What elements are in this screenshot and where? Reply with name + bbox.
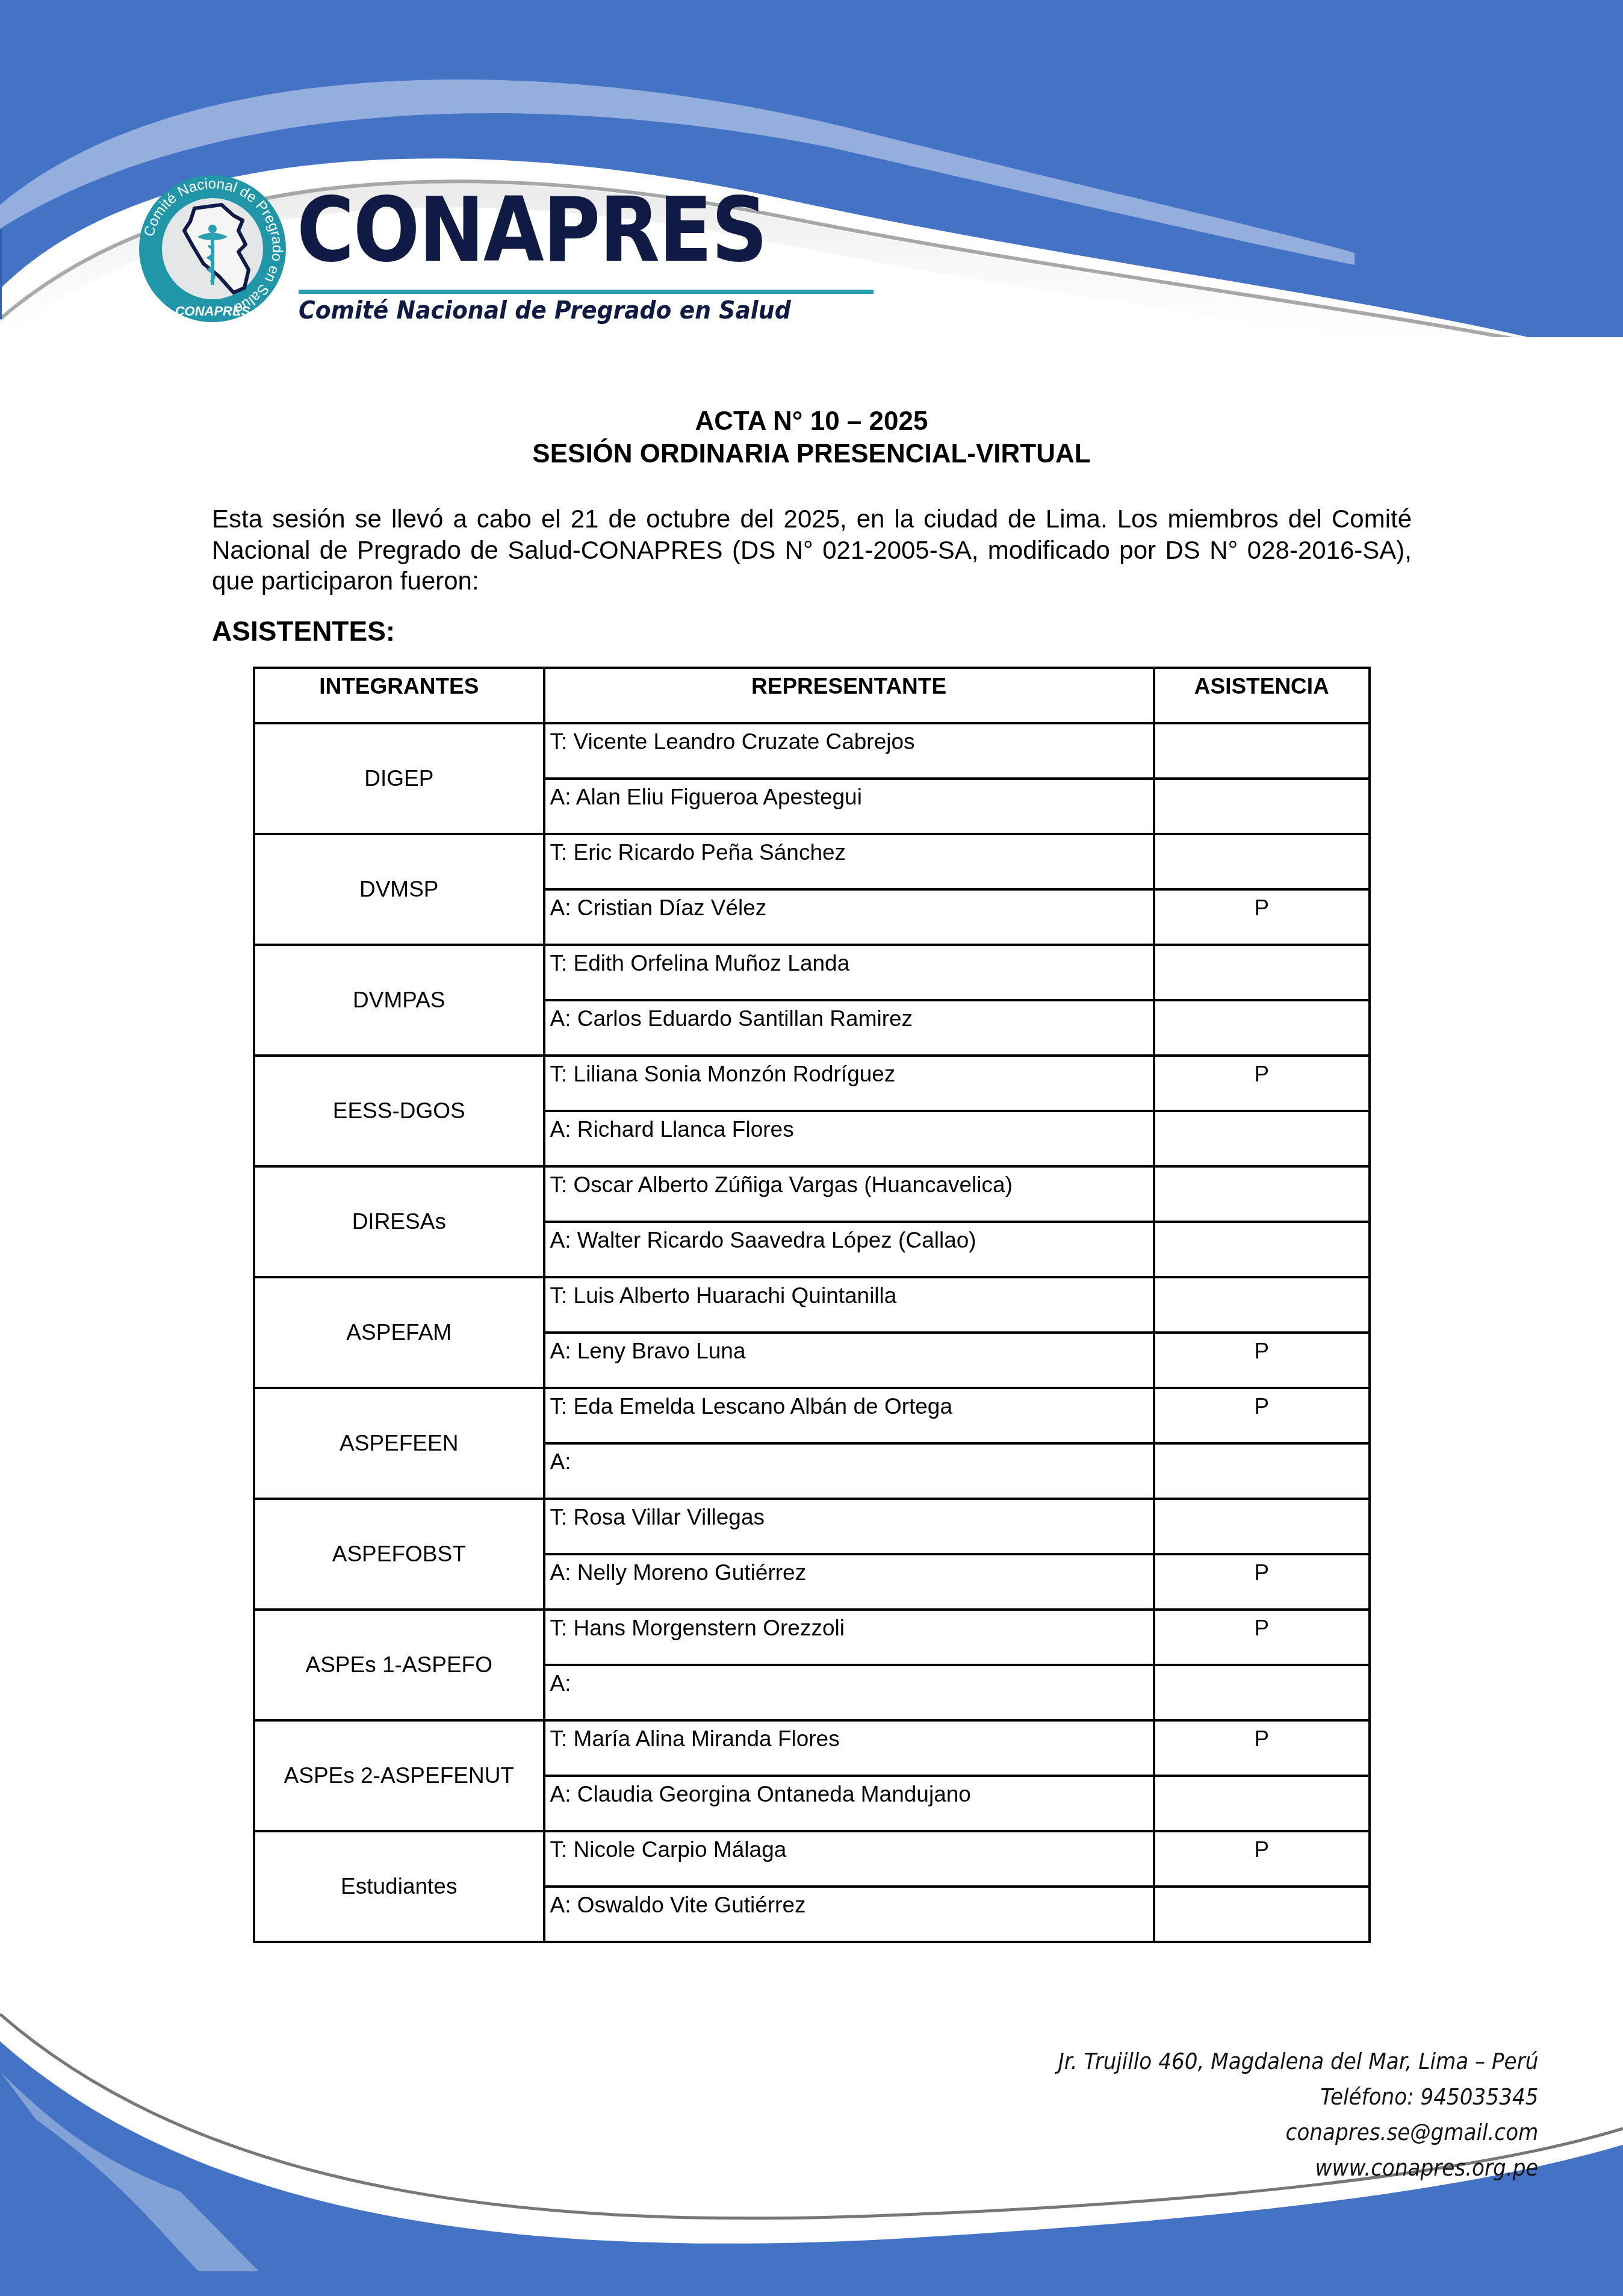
table-row: DIGEPT: Vicente Leandro Cruzate Cabrejos [254,723,1370,779]
representante-cell: T: Eda Emelda Lescano Albán de Ortega [544,1388,1154,1443]
header-representante: REPRESENTANTE [544,668,1154,723]
asistencia-cell [1154,1166,1370,1222]
integrante-cell: DVMSP [254,834,544,945]
document-title: ACTA N° 10 – 2025 [0,405,1623,438]
table-header-row: INTEGRANTES REPRESENTANTE ASISTENCIA [254,668,1370,723]
header-asistencia: ASISTENCIA [1154,668,1370,723]
integrante-cell: ASPEs 1-ASPEFO [254,1610,544,1720]
integrante-cell: EESS-DGOS [254,1056,544,1166]
intro-paragraph: Esta sesión se llevó a cabo el 21 de oct… [212,503,1412,597]
integrante-cell: ASPEs 2-ASPEFENUT [254,1720,544,1831]
asistencia-cell [1154,1499,1370,1554]
representante-cell: T: Nicole Carpio Málaga [544,1831,1154,1887]
representante-cell: A: [544,1443,1154,1499]
asistencia-cell: P [1154,1831,1370,1887]
table-row: EESS-DGOST: Liliana Sonia Monzón Rodrígu… [254,1056,1370,1111]
integrante-cell: Estudiantes [254,1831,544,1942]
representante-cell: A: Oswaldo Vite Gutiérrez [544,1887,1154,1942]
footer-contact: Jr. Trujillo 460, Magdalena del Mar, Lim… [1058,2044,1538,2186]
asistencia-cell: P [1154,889,1370,945]
representante-cell: A: [544,1665,1154,1720]
footer-email[interactable]: conapres.se@gmail.com [1058,2115,1538,2150]
representante-cell: A: Richard Llanca Flores [544,1111,1154,1166]
asistencia-cell [1154,1665,1370,1720]
brand-divider [299,290,874,294]
integrante-cell: DIRESAs [254,1166,544,1277]
asistencia-cell [1154,1277,1370,1333]
representante-cell: A: Claudia Georgina Ontaneda Mandujano [544,1776,1154,1831]
representante-cell: A: Leny Bravo Luna [544,1333,1154,1388]
asistencia-cell [1154,1000,1370,1056]
attendees-heading: ASISTENTES: [212,614,395,648]
representante-cell: T: Edith Orfelina Muñoz Landa [544,945,1154,1000]
asistencia-cell [1154,1887,1370,1942]
document-subtitle: SESIÓN ORDINARIA PRESENCIAL-VIRTUAL [0,438,1623,470]
asistencia-cell [1154,779,1370,834]
representante-cell: A: Nelly Moreno Gutiérrez [544,1554,1154,1610]
representante-cell: A: Walter Ricardo Saavedra López (Callao… [544,1222,1154,1277]
integrante-cell: DIGEP [254,723,544,834]
asistencia-cell: P [1154,1388,1370,1443]
representante-cell: A: Alan Eliu Figueroa Apestegui [544,779,1154,834]
brand-name: CONAPRES [297,185,767,275]
integrante-cell: ASPEFAM [254,1277,544,1388]
table-row: ASPEFEENT: Eda Emelda Lescano Albán de O… [254,1388,1370,1443]
footer-website[interactable]: www.conapres.org.pe [1058,2150,1538,2186]
asistencia-cell [1154,1222,1370,1277]
footer-address: Jr. Trujillo 460, Magdalena del Mar, Lim… [1058,2044,1538,2079]
table-row: DIRESAsT: Oscar Alberto Zúñiga Vargas (H… [254,1166,1370,1222]
attendance-table-body: DIGEPT: Vicente Leandro Cruzate Cabrejos… [254,723,1370,1942]
attendance-table: INTEGRANTES REPRESENTANTE ASISTENCIA DIG… [253,667,1371,1943]
representante-cell: T: Eric Ricardo Peña Sánchez [544,834,1154,889]
table-row: EstudiantesT: Nicole Carpio MálagaP [254,1831,1370,1887]
representante-cell: T: Oscar Alberto Zúñiga Vargas (Huancave… [544,1166,1154,1222]
conapres-logo: Comité Nacional de Pregrado en Salud CON… [137,173,751,324]
integrante-cell: ASPEFEEN [254,1388,544,1499]
asistencia-cell [1154,1111,1370,1166]
table-row: ASPEFOBSTT: Rosa Villar Villegas [254,1499,1370,1554]
asistencia-cell: P [1154,1554,1370,1610]
conapres-seal-icon: Comité Nacional de Pregrado en Salud CON… [137,173,288,324]
asistencia-cell [1154,723,1370,779]
representante-cell: T: Rosa Villar Villegas [544,1499,1154,1554]
document-title-block: ACTA N° 10 – 2025 SESIÓN ORDINARIA PRESE… [0,405,1623,470]
footer-phone: Teléfono: 945035345 [1058,2079,1538,2115]
asistencia-cell: P [1154,1610,1370,1665]
brand-subtitle: Comité Nacional de Pregrado en Salud [299,297,791,324]
asistencia-cell: P [1154,1720,1370,1776]
asistencia-cell: P [1154,1056,1370,1111]
table-row: ASPEFAMT: Luis Alberto Huarachi Quintani… [254,1277,1370,1333]
integrante-cell: DVMPAS [254,945,544,1056]
table-row: ASPEs 1-ASPEFOT: Hans Morgenstern Orezzo… [254,1610,1370,1665]
integrante-cell: ASPEFOBST [254,1499,544,1610]
table-row: ASPEs 2-ASPEFENUTT: María Alina Miranda … [254,1720,1370,1776]
representante-cell: T: Vicente Leandro Cruzate Cabrejos [544,723,1154,779]
asistencia-cell [1154,945,1370,1000]
representante-cell: A: Carlos Eduardo Santillan Ramirez [544,1000,1154,1056]
representante-cell: T: María Alina Miranda Flores [544,1720,1154,1776]
representante-cell: T: Liliana Sonia Monzón Rodríguez [544,1056,1154,1111]
header-integrantes: INTEGRANTES [254,668,544,723]
representante-cell: A: Cristian Díaz Vélez [544,889,1154,945]
asistencia-cell [1154,1776,1370,1831]
seal-bottom-text: CONAPRES [175,303,250,319]
asistencia-cell: P [1154,1333,1370,1388]
representante-cell: T: Luis Alberto Huarachi Quintanilla [544,1277,1154,1333]
table-row: DVMPAST: Edith Orfelina Muñoz Landa [254,945,1370,1000]
representante-cell: T: Hans Morgenstern Orezzoli [544,1610,1154,1665]
asistencia-cell [1154,1443,1370,1499]
asistencia-cell [1154,834,1370,889]
table-row: DVMSPT: Eric Ricardo Peña Sánchez [254,834,1370,889]
